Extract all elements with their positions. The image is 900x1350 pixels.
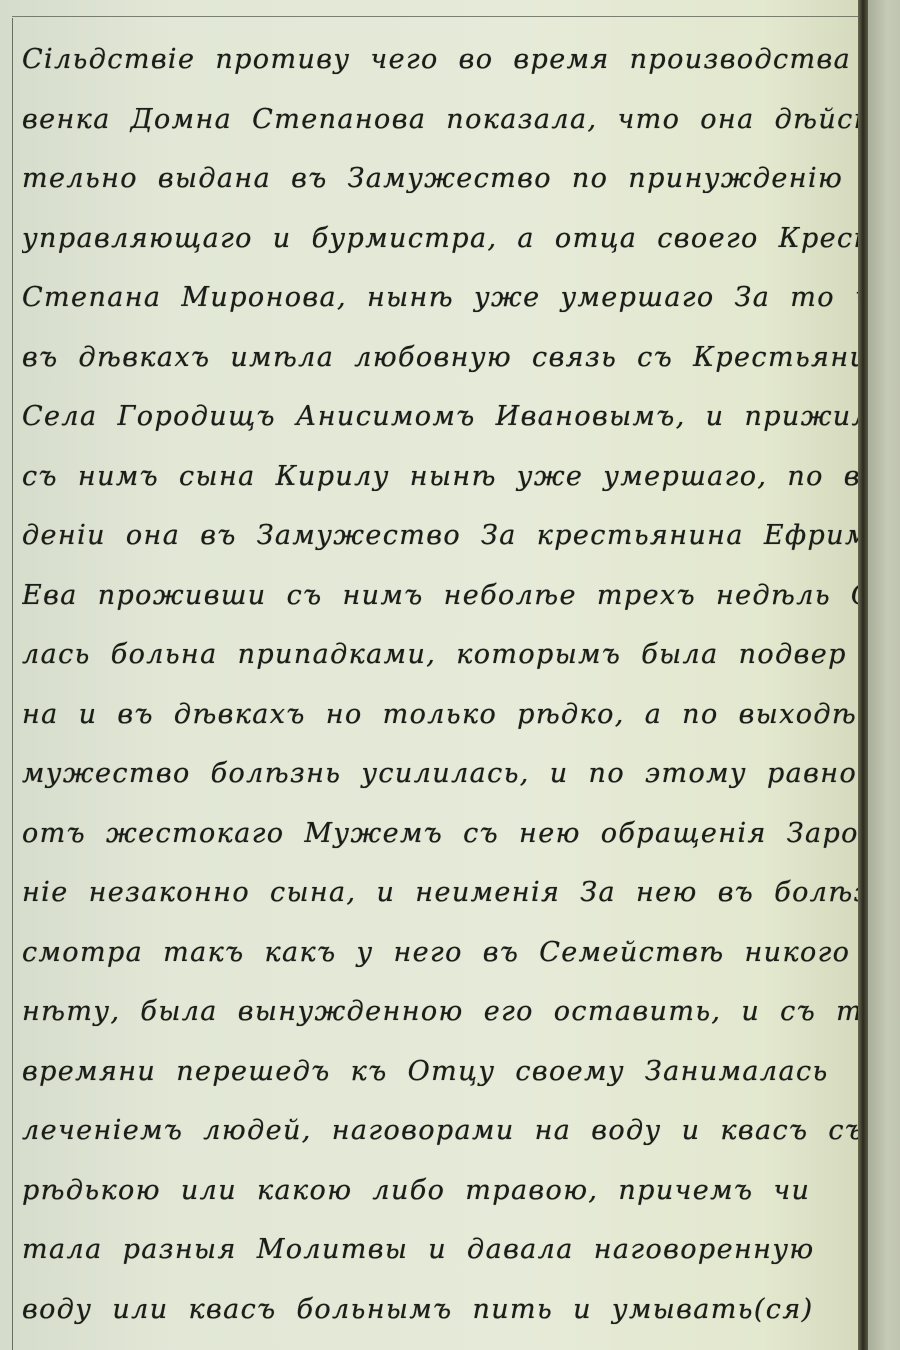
text-line: Ева проживши съ нимъ неболѣе трехъ недѣл… [22,576,862,636]
text-line: тельно выдана въ Замужество по принужден… [22,159,862,219]
ruled-margin-left [12,18,13,1350]
text-line: смотра такъ какъ у него въ Семействѣ ник… [22,933,862,993]
text-line: на и въ дѣвкахъ но только рѣдко, а по вы… [22,695,862,755]
text-line: Села Городищъ Анисимомъ Ивановымъ, и при… [22,397,862,457]
handwritten-text-block: Сільдствіе противу чего во время произво… [22,40,862,1349]
text-line: съ нимъ сына Кирилу нынѣ уже умершаго, п… [22,457,862,517]
manuscript-page: Сільдствіе противу чего во время произво… [0,0,868,1350]
text-line: леченіемъ людей, наговорами на воду и кв… [22,1111,862,1171]
text-line: въ дѣвкахъ имѣла любовную связь съ Крест… [22,338,862,398]
text-line: времяни перешедъ къ Отцу своему Занимала… [22,1052,862,1112]
text-line: лась больна припадками, которымъ была по… [22,635,862,695]
text-line: тала разныя Молитвы и давала наговоренну… [22,1230,862,1290]
text-line: нѣту, была вынужденною его оставить, и с… [22,992,862,1052]
text-line: деніи она въ Замужество За крестьянина Е… [22,516,862,576]
ruled-margin-top [12,16,862,17]
text-line: Сільдствіе противу чего во время произво… [22,40,862,100]
text-line: управляющаго и бурмистра, а отца своего … [22,219,862,279]
text-line: мужество болѣзнь усилилась, и по этому р… [22,754,862,814]
text-line: воду или квасъ больнымъ пить и умывать(с… [22,1290,862,1350]
adjacent-page-edge [868,0,900,1350]
text-line: Степана Миронова, нынѣ уже умершаго За т… [22,278,862,338]
text-line: отъ жестокаго Мужемъ съ нею обращенія За… [22,814,862,874]
text-line: рѣдькою или какою либо травою, причемъ ч… [22,1171,862,1231]
text-line: венка Домна Степанова показала, что она … [22,100,862,160]
book-gutter-shadow [858,0,868,1350]
text-line: ніе незаконно сына, и неименія За нею въ… [22,873,862,933]
